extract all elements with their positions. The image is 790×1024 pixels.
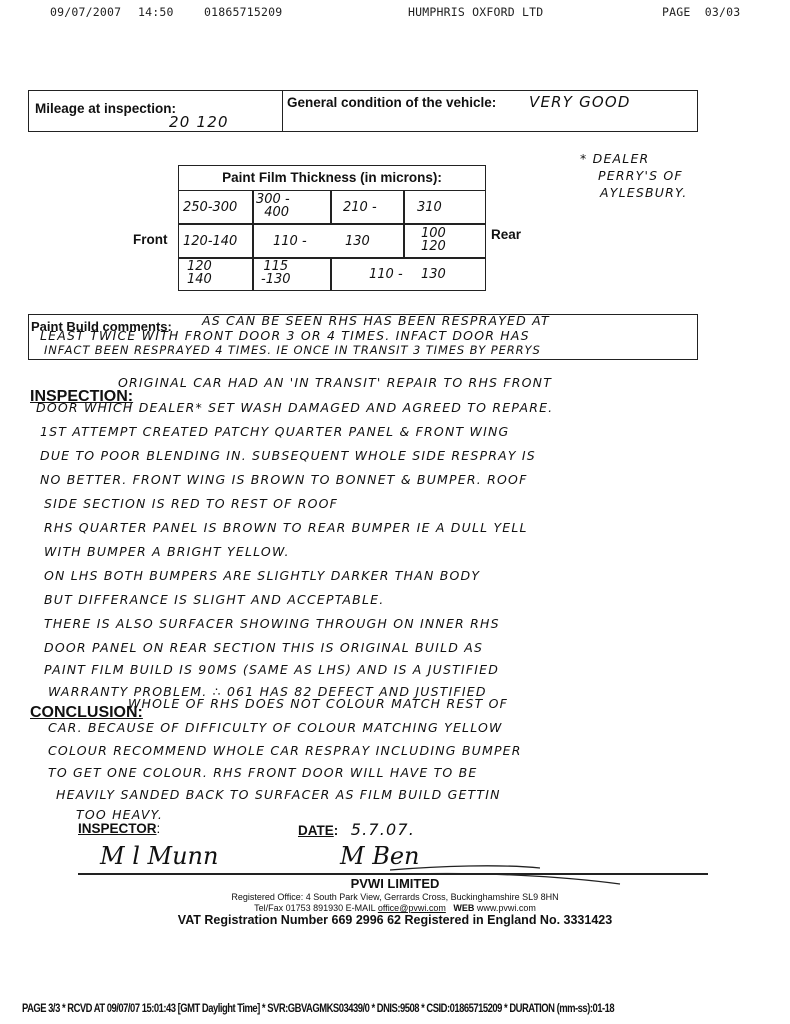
- inspection-line: ON LHS BOTH BUMPERS ARE SLIGHTLY DARKER …: [44, 568, 480, 583]
- grid-divider: [179, 257, 485, 259]
- fax-date: 09/07/2007: [50, 5, 121, 19]
- thickness-cell: 110 -: [273, 235, 307, 248]
- email-link[interactable]: office@pvwi.com: [378, 903, 446, 913]
- front-label: Front: [133, 232, 168, 247]
- fax-header: 09/07/2007 14:50 01865715209 HUMPHRIS OX…: [0, 3, 790, 23]
- thickness-cell: 210 -: [343, 201, 377, 214]
- inspection-line: DUE TO POOR BLENDING IN. SUBSEQUENT WHOL…: [40, 448, 536, 463]
- paint-film-table: Paint Film Thickness (in microns): 250-3…: [178, 165, 486, 291]
- dealer-note-line: AYLESBURY.: [580, 184, 780, 201]
- signature-rule: [78, 873, 708, 875]
- rear-label: Rear: [491, 227, 521, 242]
- inspection-line: SIDE SECTION IS RED TO REST OF ROOF: [44, 496, 338, 511]
- grid-divider: [179, 223, 485, 225]
- grid-divider: [252, 191, 254, 290]
- thickness-cell: 130: [421, 268, 446, 281]
- inspection-line: DOOR WHICH DEALER* SET WASH DAMAGED AND …: [36, 400, 553, 415]
- web-link[interactable]: www.pvwi.com: [477, 903, 536, 913]
- dealer-note: * DEALER PERRY'S OF AYLESBURY.: [580, 150, 780, 201]
- company-vat: VAT Registration Number 669 2996 62 Regi…: [0, 913, 790, 927]
- mileage-label: Mileage at inspection:: [35, 101, 176, 116]
- thickness-cell: 300 - 400: [256, 193, 290, 219]
- inspector-field: INSPECTOR:: [78, 820, 160, 838]
- mileage-value: 20 120: [169, 113, 229, 131]
- paint-film-title: Paint Film Thickness (in microns):: [179, 166, 485, 191]
- company-name: PVWI LIMITED: [0, 876, 790, 891]
- thickness-cell: 130: [345, 235, 370, 248]
- conclusion-line: WHOLE OF RHS DOES NOT COLOUR MATCH REST …: [128, 696, 508, 711]
- paint-build-line: LEAST TWICE WITH FRONT DOOR 3 or 4 TIMES…: [40, 328, 530, 343]
- fax-footer: PAGE 3/3 * RCVD AT 09/07/07 15:01:43 [GM…: [22, 1003, 614, 1015]
- fax-phone: 01865715209: [204, 5, 282, 19]
- condition-label: General condition of the vehicle:: [287, 95, 496, 110]
- mileage-cell: Mileage at inspection: 20 120: [29, 91, 283, 131]
- thickness-cell: 100 120: [421, 227, 446, 253]
- fax-sender: HUMPHRIS OXFORD LTD: [408, 5, 543, 19]
- paint-build-line: INFACT BEEN RESPRAYED 4 TIMES. IE ONCE I…: [44, 343, 541, 357]
- grid-divider: [330, 257, 332, 290]
- condition-cell: General condition of the vehicle: VERY G…: [283, 91, 697, 131]
- thickness-cell: 120 140: [187, 260, 212, 286]
- inspection-line: BUT DIFFERANCE IS SLIGHT AND ACCEPTABLE.: [44, 592, 384, 607]
- conclusion-line: HEAVILY SANDED BACK TO SURFACER AS FILM …: [56, 787, 501, 802]
- date-value: 5.7.07.: [351, 820, 415, 839]
- company-address: Registered Office: 4 South Park View, Ge…: [0, 892, 790, 903]
- thickness-cell: 115 -130: [261, 260, 291, 286]
- grid-divider: [403, 191, 405, 257]
- inspector-label: INSPECTOR: [78, 821, 157, 836]
- inspection-line: WITH BUMPER A BRIGHT YELLOW.: [44, 544, 290, 559]
- conclusion-line: TO GET ONE COLOUR. RHS FRONT DOOR WILL H…: [48, 765, 478, 780]
- thickness-cell: 110 -: [369, 268, 403, 281]
- date-field: DATE: 5.7.07.: [298, 820, 415, 840]
- thickness-cell: 250-300: [183, 201, 237, 214]
- inspection-line: NO BETTER. FRONT WING IS BROWN TO BONNET…: [40, 472, 527, 487]
- inspection-line: 1st ATTEMPT CREATED PATCHY QUARTER PANEL…: [40, 424, 509, 439]
- grid-divider: [330, 191, 332, 223]
- paint-film-grid: 250-300 300 - 400 210 - 310 120-140 110 …: [179, 191, 485, 290]
- inspector-signature: M l Munn: [100, 842, 218, 870]
- inspection-line: DOOR PANEL ON REAR SECTION THIS IS ORIGI…: [44, 640, 483, 655]
- thickness-cell: 310: [417, 201, 442, 214]
- dealer-note-line: * DEALER: [580, 150, 780, 167]
- vehicle-summary-box: Mileage at inspection: 20 120 General co…: [28, 90, 698, 132]
- paint-build-line: AS CAN BE SEEN RHS HAS BEEN RESPRAYED AT: [202, 313, 550, 328]
- dealer-note-line: PERRY'S OF: [580, 167, 780, 184]
- inspection-line: PAINT FILM BUILD IS 90µs (SAME AS LHS) A…: [44, 662, 499, 677]
- fax-time: 14:50: [138, 5, 174, 19]
- thickness-cell: 120-140: [183, 235, 237, 248]
- inspection-line: ORIGINAL CAR HAD AN 'IN TRANSIT' REPAIR …: [118, 375, 552, 390]
- fax-page: PAGE 03/03: [662, 5, 740, 19]
- company-address-block: Registered Office: 4 South Park View, Ge…: [0, 892, 790, 914]
- condition-value: VERY GOOD: [529, 93, 631, 111]
- conclusion-line: COLOUR RECOMMEND WHOLE CAR RESPRAY INCLU…: [48, 743, 522, 758]
- inspection-line: THERE IS ALSO SURFACER SHOWING THROUGH O…: [44, 616, 500, 631]
- conclusion-line: CAR. BECAUSE OF DIFFICULTY OF COLOUR MAT…: [48, 720, 503, 735]
- date-label: DATE: [298, 823, 334, 838]
- inspection-line: RHS QUARTER PANEL IS BROWN TO REAR BUMPE…: [44, 520, 528, 535]
